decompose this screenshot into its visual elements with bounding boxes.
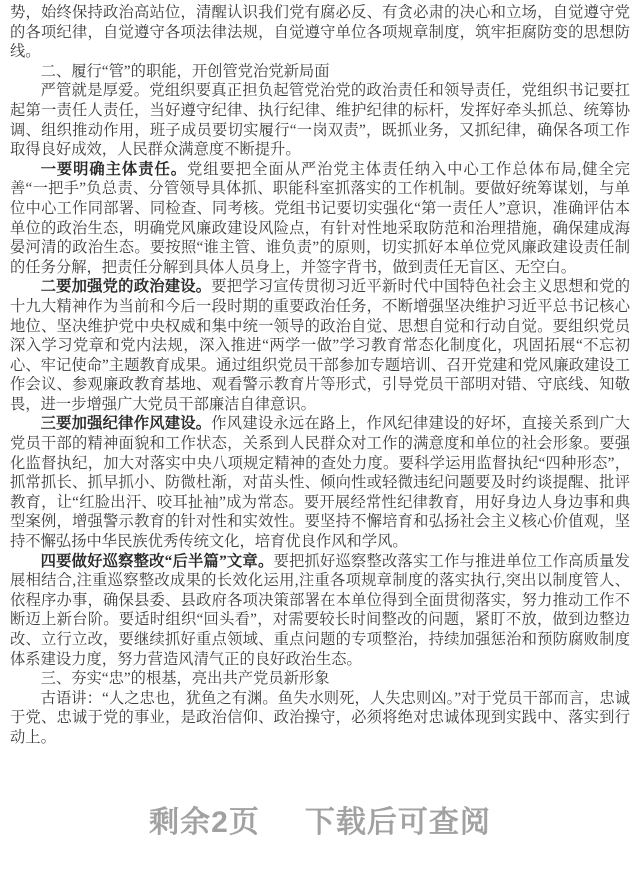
paragraph: 古语讲：“人之忠也，犹鱼之有渊。鱼失水则死，人失忠则凶。”对于党员干部而言，忠诚… bbox=[10, 689, 630, 748]
paragraph-text: 要把学习宣传贯彻习近平新时代中国特色社会主义思想和党的十九大精神作为当前和今后一… bbox=[10, 278, 630, 413]
paragraph: 三要加强纪律作风建设。作风建设永远在路上，作风纪律建设的好坏，直接关系到广大党员… bbox=[10, 414, 630, 551]
remaining-pages-label: 剩余2页 bbox=[149, 806, 260, 839]
section-heading-text: 二、履行“管”的职能，开创管党治党新局面 bbox=[41, 63, 330, 80]
paragraph: 一要明确主体责任。党组要把全面从严治党主体责任纳入中心工作总体布局,健全完善“一… bbox=[10, 160, 630, 278]
paragraph: 严管就是厚爱。党组织要真正担负起管党治党的政治责任和领导责任，党组织书记要扛起第… bbox=[10, 81, 630, 159]
paragraph-text: 势，始终保持政治高站位，清醒认识我们党有腐必反、有贪必肃的决心和立场，自觉遵守党… bbox=[10, 4, 630, 60]
section-heading: 二、履行“管”的职能，开创管党治党新局面 bbox=[10, 62, 630, 82]
download-banner[interactable]: 剩余2页下载后可查阅 bbox=[0, 797, 640, 841]
paragraph: 二要加强党的政治建设。要把学习宣传贯彻习近平新时代中国特色社会主义思想和党的十九… bbox=[10, 277, 630, 414]
paragraph: 势，始终保持政治高站位，清醒认识我们党有腐必反、有贪必肃的决心和立场，自觉遵守党… bbox=[10, 3, 630, 62]
paragraph-text: 古语讲：“人之忠也，犹鱼之有渊。鱼失水则死，人失忠则凶。”对于党员干部而言，忠诚… bbox=[10, 690, 630, 746]
paragraph-text: 严管就是厚爱。党组织要真正担负起管党治党的政治责任和领导责任，党组织书记要扛起第… bbox=[10, 82, 630, 158]
paragraph-lead: 二要加强党的政治建设。 bbox=[41, 278, 212, 295]
paragraph-lead: 三要加强纪律作风建设。 bbox=[41, 415, 212, 432]
document-body: 势，始终保持政治高站位，清醒认识我们党有腐必反、有贪必肃的决心和立场，自觉遵守党… bbox=[10, 3, 630, 748]
section-heading: 三、夯实“忠”的根基，亮出共产党员新形象 bbox=[10, 669, 630, 689]
paragraph-lead: 一要明确主体责任。 bbox=[41, 161, 187, 178]
download-hint-label: 下载后可查阅 bbox=[305, 806, 491, 839]
paragraph-lead: 四要做好巡察整改“后半篇”文章。 bbox=[41, 553, 274, 570]
section-heading-text: 三、夯实“忠”的根基，亮出共产党员新形象 bbox=[41, 670, 330, 687]
paragraph: 四要做好巡察整改“后半篇”文章。要把抓好巡察整改落实工作与推进单位工作高质量发展… bbox=[10, 552, 630, 670]
paragraph-text: 作风建设永远在路上，作风纪律建设的好坏，直接关系到广大党员干部的精神面貌和工作状… bbox=[10, 415, 630, 550]
